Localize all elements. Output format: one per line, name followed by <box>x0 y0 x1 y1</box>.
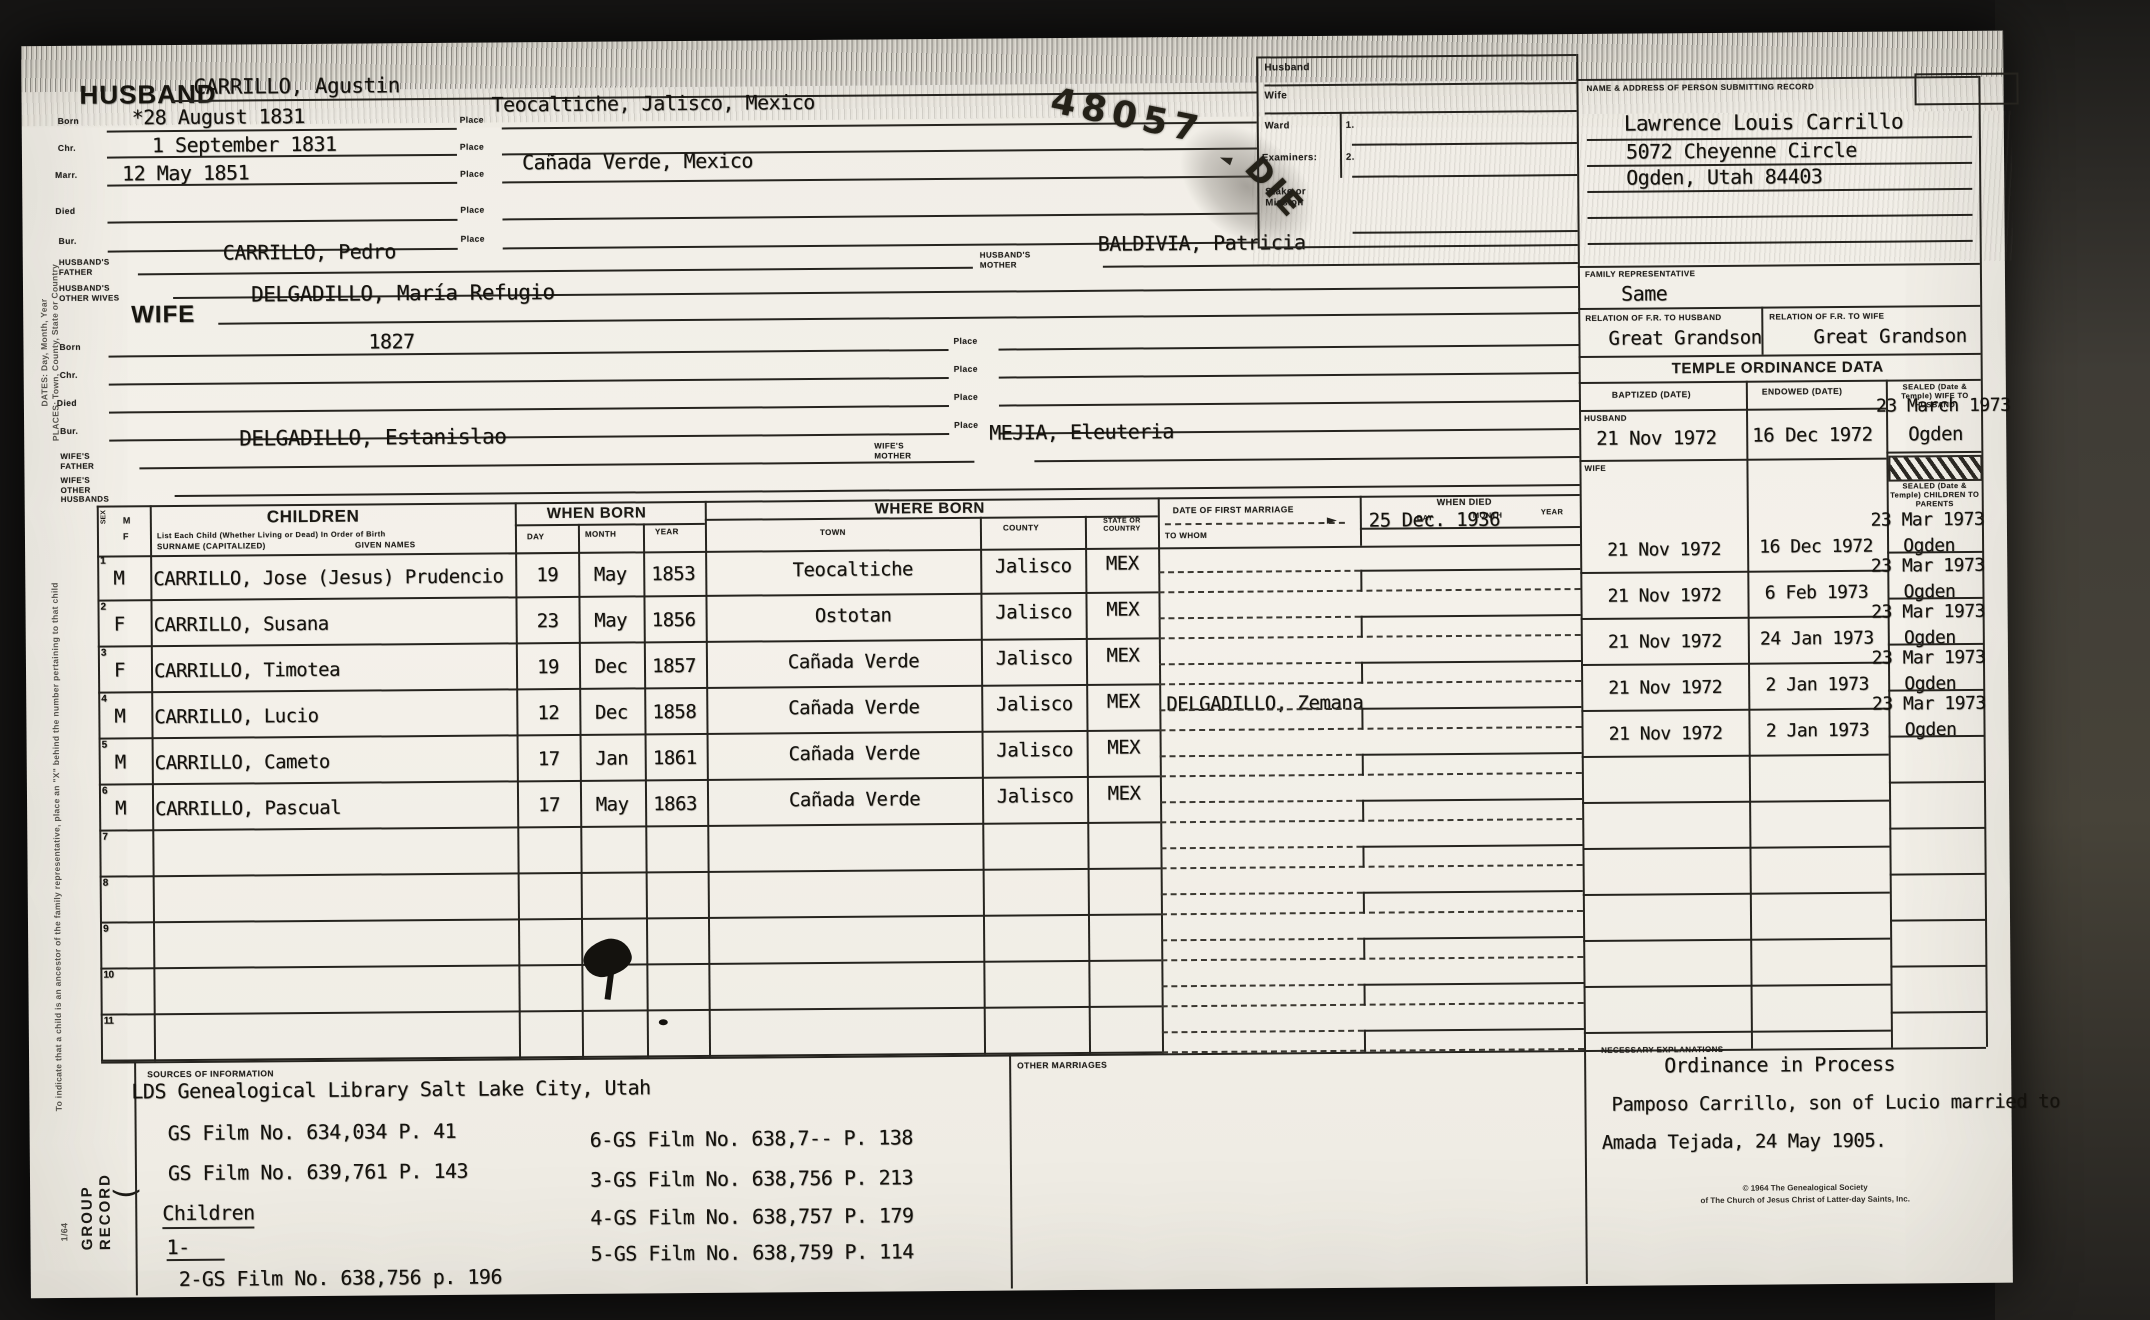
row-endowed-date: 16 Dec 1972 <box>1745 536 1887 558</box>
rule <box>1361 660 1581 664</box>
date-first-marriage-header: DATE OF FIRST MARRIAGE <box>1173 504 1294 515</box>
row-born-town: Cañada Verde <box>726 650 981 674</box>
corner-checkbox <box>1914 73 2018 106</box>
rule <box>1363 890 1583 894</box>
rule <box>1360 570 1362 592</box>
explanations-line-3: Amada Tejada, 24 May 1905. <box>1602 1130 1887 1154</box>
row-born-day: 12 <box>518 702 578 724</box>
row-born-county <box>984 923 1088 924</box>
rule <box>1890 919 1986 922</box>
town-header: TOWN <box>820 528 846 538</box>
submitter-address1: 5072 Cheyenne Circle <box>1626 138 1857 164</box>
born-label: Born <box>58 116 80 126</box>
rule <box>1891 1011 1987 1014</box>
row-number: 7 <box>102 832 107 843</box>
rule <box>109 349 949 358</box>
rule <box>1362 846 1364 868</box>
sources-film-1: GS Film No. 634,034 P. 41 <box>168 1119 457 1145</box>
rule <box>515 523 705 526</box>
rule <box>1360 568 1580 572</box>
row-number: 6 <box>102 786 107 797</box>
surname-header: SURNAME (CAPITALIZED) <box>157 541 266 551</box>
ink-dot <box>659 1019 668 1025</box>
rule <box>1364 1028 1584 1032</box>
scanned-document-page: DATES: Day, Month, Year PLACES: Town, Co… <box>0 0 2150 1320</box>
row-born-county: Jalisco <box>982 601 1086 624</box>
rule <box>1161 892 1363 896</box>
rule <box>1362 754 1364 776</box>
wife-born-value: 1827 <box>368 329 414 353</box>
row-number: 10 <box>103 970 113 981</box>
examiners-line-number: 2. <box>1346 152 1355 163</box>
row-born-county <box>983 831 1087 832</box>
relation-to-wife-value: Great Grandson <box>1813 325 1966 348</box>
rule <box>1160 800 1362 804</box>
row-sex: F <box>114 613 125 635</box>
wife-section-title: WIFE <box>131 303 195 328</box>
husband-baptized-value: 21 Nov 1972 <box>1596 427 1717 450</box>
rule <box>1160 754 1362 758</box>
margin-note-dates-places: DATES: Day, Month, Year PLACES: Town, Co… <box>37 82 64 622</box>
relation-to-wife-label: RELATION OF F.R. TO WIFE <box>1769 312 1884 322</box>
form-revision: 1/64 <box>58 1202 71 1262</box>
rule <box>1159 662 1361 666</box>
row-born-country: MEX <box>1085 552 1159 575</box>
rule <box>1161 938 1363 942</box>
row-child-name: CARRILLO, Susana <box>154 613 329 636</box>
row-born-country: MEX <box>1087 736 1161 759</box>
rule <box>1364 982 1584 986</box>
place-label: Place <box>954 420 978 430</box>
row-number: 8 <box>103 878 108 889</box>
row-born-month: May <box>578 609 644 632</box>
rule <box>1579 408 1886 412</box>
husband-christened-value: 1 September 1831 <box>152 132 337 157</box>
explanations-line-2: Pamposo Carrillo, son of Lucio married t… <box>1611 1090 2060 1116</box>
husband-father-value: CARRILLO, Pedro <box>223 239 396 264</box>
other-marriages-label: OTHER MARRIAGES <box>1017 1060 1107 1071</box>
husband-sealed-date-value: 23 March 1973 <box>1876 395 2011 417</box>
group-label: GROUP <box>78 1173 97 1250</box>
row-born-county <box>984 877 1088 878</box>
place-label: Place <box>954 364 978 374</box>
rule <box>1362 844 1582 848</box>
row-born-town: Cañada Verde <box>727 788 982 812</box>
row-born-town <box>729 1018 984 1020</box>
husband-father-label: HUSBAND'S FATHER <box>59 257 131 277</box>
row-born-year: 1863 <box>645 793 705 815</box>
row-born-month: Jan <box>579 747 645 770</box>
row-endowed-date: 2 Jan 1973 <box>1746 720 1888 742</box>
buried-label: Bur. <box>60 426 78 436</box>
row-sealed-date: 23 Mar 1973 <box>1865 509 1990 531</box>
buried-label: Bur. <box>59 236 77 246</box>
submitter-header: NAME & ADDRESS OF PERSON SUBMITTING RECO… <box>1586 82 1814 93</box>
rule <box>1362 800 1364 822</box>
row-born-town: Ostotan <box>726 604 981 628</box>
to-whom-header: TO WHOM <box>1165 531 1207 541</box>
rule <box>1009 1055 1013 1289</box>
temple-wife-row-label: WIFE <box>1584 464 1606 474</box>
family-representative-label: FAMILY REPRESENTATIVE <box>1585 269 1695 279</box>
county-header: COUNTY <box>1003 523 1039 533</box>
row-born-day: 17 <box>519 794 579 816</box>
row-endowed-date: 6 Feb 1973 <box>1745 582 1887 604</box>
copyright-notice: © 1964 The Genealogical Society of The C… <box>1610 1181 2000 1208</box>
ward-label: Ward <box>1265 120 1290 132</box>
sources-line-1: LDS Genealogical Library Salt Lake City,… <box>131 1075 651 1103</box>
rule <box>1361 708 1363 730</box>
sources-children-heading: Children <box>162 1200 255 1229</box>
temple-ordinance-title: TEMPLE ORDINANCE DATA <box>1672 360 1884 378</box>
row-born-month <box>580 931 646 932</box>
rule <box>1363 892 1365 914</box>
rule <box>1361 614 1581 618</box>
rule <box>1582 800 1889 804</box>
family-group-record-card: DATES: Day, Month, Year PLACES: Town, Co… <box>21 31 2013 1299</box>
rule <box>1583 892 1890 896</box>
row-born-month <box>579 839 645 840</box>
row-born-day: 19 <box>518 656 578 678</box>
row-born-county: Jalisco <box>981 555 1085 578</box>
row-born-year: 1858 <box>644 701 704 723</box>
sex-male-header: M <box>123 515 131 526</box>
when-died-header: WHEN DIED <box>1437 497 1492 508</box>
row-number: 3 <box>101 648 106 659</box>
rule <box>1583 938 1890 942</box>
died-label: Died <box>57 398 77 408</box>
record-label: RECORD <box>96 1173 115 1250</box>
row-born-town <box>727 834 982 836</box>
rule <box>1579 353 1981 358</box>
rule <box>1162 984 1364 988</box>
baptized-date-header: BAPTIZED (DATE) <box>1612 389 1691 400</box>
row-baptized-date: 21 Nov 1972 <box>1584 677 1746 699</box>
ward-line-number: 1. <box>1346 120 1355 131</box>
sources-item-2: 2-GS Film No. 638,756 p. 196 <box>179 1265 502 1292</box>
row-born-town: Cañada Verde <box>727 742 982 766</box>
rule <box>109 405 949 414</box>
rule <box>1361 616 1363 638</box>
rule <box>1581 616 1888 620</box>
row-sealed-date: 23 Mar 1973 <box>1866 601 1991 623</box>
row-baptized-date: 21 Nov 1972 <box>1584 723 1746 745</box>
row-sex: M <box>113 567 124 589</box>
row-born-year: 1857 <box>644 655 704 677</box>
rule <box>502 176 1257 184</box>
children-column-header: CHILDREN <box>267 508 360 527</box>
sources-item-3: 3-GS Film No. 638,756 P. 213 <box>590 1165 913 1192</box>
place-label: Place <box>460 142 484 152</box>
christened-label: Chr. <box>60 370 78 380</box>
row-child-name: CARRILLO, Lucio <box>154 705 318 728</box>
rule <box>999 372 1579 379</box>
corner-wife-label: Wife <box>1264 90 1287 102</box>
copyright-line-2: of The Church of Jesus Christ of Latter-… <box>1610 1193 2000 1208</box>
husband-born-value: *28 August 1831 <box>132 104 305 129</box>
row-born-country: MEX <box>1086 690 1160 713</box>
row-born-country: MEX <box>1087 782 1161 805</box>
rule <box>1159 616 1361 620</box>
rule <box>1361 706 1581 710</box>
rule <box>1363 936 1583 940</box>
husband-married-place-value: Cañada Verde, Mexico <box>522 149 753 175</box>
row-number: 4 <box>101 694 106 705</box>
husband-born-place-value: Teocaltiche, Jalisco, Mexico <box>491 90 814 117</box>
row-born-country <box>1088 920 1162 921</box>
row-number: 1 <box>100 556 105 567</box>
christened-label: Chr. <box>58 143 76 153</box>
rule <box>1158 570 1360 574</box>
state-country-header: STATE OR COUNTRY <box>1091 517 1153 534</box>
rule <box>502 213 1257 221</box>
place-label: Place <box>460 205 484 215</box>
row-sealed-date: 23 Mar 1973 <box>1866 693 1991 715</box>
husband-endowed-value: 16 Dec 1972 <box>1752 424 1873 447</box>
place-label: Place <box>954 392 978 402</box>
rule <box>1363 938 1365 960</box>
row-sex: F <box>114 659 125 681</box>
corner-husband-label: Husband <box>1264 62 1310 74</box>
row-born-country: MEX <box>1086 644 1160 667</box>
given-names-header: GIVEN NAMES <box>355 540 415 550</box>
rule <box>1578 305 1980 310</box>
scanner-background <box>1995 0 2150 1320</box>
sources-item-6: 6-GS Film No. 638,7-- P. 138 <box>590 1125 913 1152</box>
rule <box>1890 965 1986 968</box>
row-born-county <box>984 969 1088 970</box>
rule <box>1581 708 1888 712</box>
rule <box>97 494 1580 508</box>
wife-other-husbands-label: WIFE'S OTHER HUSBANDS <box>60 475 122 504</box>
relation-to-husband-value: Great Grandson <box>1608 327 1761 350</box>
rule <box>1889 827 1985 830</box>
row-when-died: 25 Dec. 1936 <box>1292 508 1577 532</box>
place-label: Place <box>460 115 484 125</box>
row-born-town: Teocaltiche <box>725 558 980 582</box>
row-born-town <box>728 972 983 974</box>
row-sealed-date: 23 Mar 1973 <box>1865 555 1990 577</box>
rule <box>109 433 949 442</box>
husband-married-value: 12 May 1851 <box>122 160 249 185</box>
group-record-vertical-label: GROUP RECORD <box>78 1173 115 1250</box>
row-born-year: 1853 <box>643 563 703 585</box>
row-born-month: Dec <box>578 701 644 724</box>
family-representative-value: Same <box>1621 281 1667 305</box>
row-born-year: 1861 <box>645 747 705 769</box>
when-born-header: WHEN BORN <box>547 505 647 522</box>
rule <box>1034 456 1579 462</box>
row-number: 5 <box>102 740 107 751</box>
rule <box>1162 1030 1364 1034</box>
row-born-year: 1856 <box>644 609 704 631</box>
row-born-county: Jalisco <box>983 739 1087 762</box>
row-endowed-date: 24 Jan 1973 <box>1746 628 1888 650</box>
row-baptized-date: 21 Nov 1972 <box>1583 539 1745 561</box>
month-header: MONTH <box>585 530 616 540</box>
row-born-month: May <box>579 793 645 816</box>
row-child-name: CARRILLO, Jose (Jesus) Prudencio <box>153 565 503 590</box>
rule <box>138 267 973 276</box>
sources-item-4: 4-GS Film No. 638,757 P. 179 <box>590 1203 913 1230</box>
row-born-county: Jalisco <box>983 785 1087 808</box>
rule <box>1761 307 1763 355</box>
wife-father-label: WIFE'S FATHER <box>60 451 120 471</box>
rule <box>999 344 1579 351</box>
row-sealed-date: 23 Mar 1973 <box>1866 647 1991 669</box>
sex-female-header: F <box>123 531 129 542</box>
wife-mother-value: MEJIA, Eleuteria <box>989 419 1174 444</box>
row-sex: M <box>115 797 126 819</box>
place-label: Place <box>460 169 484 179</box>
temple-husband-row-label: HUSBAND <box>1584 414 1627 424</box>
row-born-day: 23 <box>518 610 578 632</box>
rule <box>1584 1030 1891 1034</box>
explanations-line-1: Ordinance in Process <box>1664 1052 1895 1078</box>
brace-glyph: ( <box>108 1187 143 1199</box>
rule <box>218 312 1578 325</box>
row-born-month <box>580 885 646 886</box>
submitter-name: Lawrence Louis Carrillo <box>1624 109 1903 135</box>
husband-name-value: CARRILLO, Agustin <box>193 73 400 99</box>
row-born-country: MEX <box>1085 598 1159 621</box>
stake-mission-label: Stake or Mission <box>1265 186 1325 209</box>
rule <box>1578 263 1980 268</box>
rule <box>1886 451 1981 454</box>
rule <box>1361 662 1363 684</box>
born-label: Born <box>59 342 81 352</box>
row-child-name: CARRILLO, Timotea <box>154 659 340 682</box>
row-number: 9 <box>103 924 108 935</box>
row-born-town <box>728 926 983 928</box>
row-baptized-date: 21 Nov 1972 <box>1584 631 1746 653</box>
row-born-county: Jalisco <box>982 647 1086 670</box>
row-born-month: May <box>577 563 643 586</box>
rule <box>1160 846 1362 850</box>
row-sex: M <box>115 751 126 773</box>
children-column-note: List Each Child (Whether Living or Dead)… <box>157 529 386 540</box>
row-endowed-date: 2 Jan 1973 <box>1746 674 1888 696</box>
examiners-label: Examiners: <box>1262 152 1317 164</box>
rule <box>999 400 1579 407</box>
hatched-not-applicable-cell <box>1888 455 1982 482</box>
place-label: Place <box>953 336 977 346</box>
rule <box>1584 984 1891 988</box>
row-born-day: 19 <box>517 564 577 586</box>
row-baptized-date: 21 Nov 1972 <box>1583 585 1745 607</box>
husband-mother-label: HUSBAND'S MOTHER <box>980 250 1050 270</box>
rule <box>1582 846 1889 850</box>
margin-note-line: To indicate that a child is an ancestor … <box>49 567 65 1127</box>
year-header: YEAR <box>655 527 679 537</box>
row-born-county <box>985 1015 1089 1016</box>
submitter-address2: Ogden, Utah 84403 <box>1626 164 1822 190</box>
row-born-country <box>1087 828 1161 829</box>
endowed-date-header: ENDOWED (DATE) <box>1762 386 1843 397</box>
row-born-county: Jalisco <box>982 693 1086 716</box>
rule <box>1890 873 1986 876</box>
rule <box>1364 984 1366 1006</box>
row-born-country <box>1088 874 1162 875</box>
rule <box>139 461 974 470</box>
relation-to-husband-label: RELATION OF F.R. TO HUSBAND <box>1585 313 1721 324</box>
married-label: Marr. <box>55 170 77 180</box>
husband-sealed-temple-value: Ogden <box>1908 423 1963 445</box>
row-sex: M <box>114 705 125 727</box>
wife-name-value: DELGADILLO, María Refugio <box>251 280 555 306</box>
row-born-day: 17 <box>519 748 579 770</box>
day-header: DAY <box>527 532 544 542</box>
place-label: Place <box>461 234 485 244</box>
sources-film-2: GS Film No. 639,761 P. 143 <box>168 1159 468 1185</box>
died-label: Died <box>55 206 75 216</box>
husband-other-wives-label: HUSBAND'S OTHER WIVES <box>59 283 131 303</box>
row-born-town: Cañada Verde <box>726 696 981 720</box>
sources-item-5: 5-GS Film No. 638,759 P. 114 <box>591 1239 914 1266</box>
row-child-name: CARRILLO, Cameto <box>155 751 330 774</box>
rule <box>1580 570 1887 574</box>
row-number: 11 <box>104 1016 114 1027</box>
row-number: 2 <box>100 602 105 613</box>
row-born-month <box>581 1023 647 1024</box>
sex-column-header: SEX <box>100 510 107 524</box>
wife-mother-label: WIFE'S MOTHER <box>874 441 934 461</box>
rule <box>1581 662 1888 666</box>
rule <box>1582 754 1889 758</box>
wife-father-value: DELGADILLO, Estanislao <box>239 424 506 450</box>
row-born-town <box>728 880 983 882</box>
margin-note-ancestor-x: To indicate that a child is an ancestor … <box>49 567 65 1127</box>
sealed-children-to-parents-header: SEALED (Date & Temple) CHILDREN TO PAREN… <box>1889 481 1981 509</box>
where-born-header: WHERE BORN <box>875 501 985 518</box>
row-born-country <box>1089 1012 1163 1013</box>
rule <box>1362 752 1582 756</box>
row-married-to-whom: DELGADILLO, Zemana <box>1166 692 1363 716</box>
rule <box>1364 1030 1366 1052</box>
sources-item-1: 1- <box>166 1235 224 1261</box>
rule <box>1579 458 1886 462</box>
rule <box>1362 798 1582 802</box>
rule <box>1889 781 1985 784</box>
row-born-month: Dec <box>578 655 644 678</box>
row-born-country <box>1088 966 1162 967</box>
row-child-name: CARRILLO, Pascual <box>155 797 341 820</box>
rule <box>109 377 949 386</box>
rule <box>107 219 457 224</box>
